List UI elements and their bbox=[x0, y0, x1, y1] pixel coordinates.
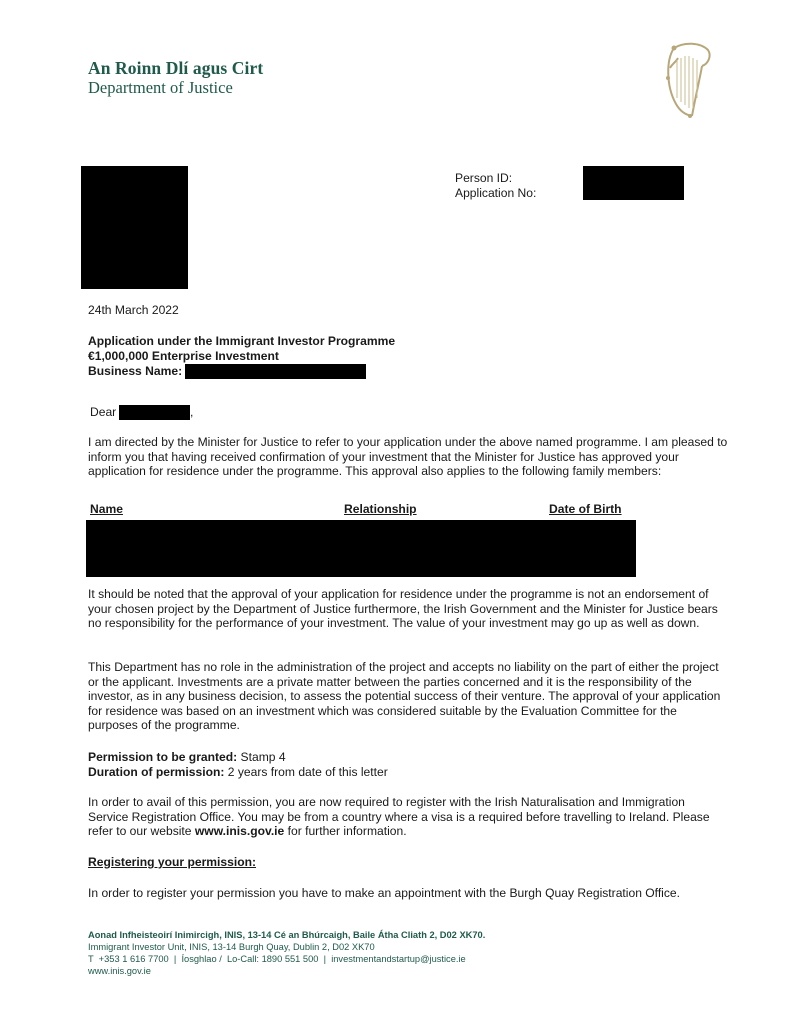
department-english-name: Department of Justice bbox=[88, 78, 233, 98]
disclaimer-paragraph: It should be noted that the approval of … bbox=[88, 587, 728, 631]
registration-paragraph: In order to avail of this permission, yo… bbox=[88, 795, 728, 839]
permission-granted-label: Permission to be granted: bbox=[88, 750, 237, 764]
harp-emblem-icon bbox=[660, 38, 716, 120]
table-header-date-of-birth: Date of Birth bbox=[549, 502, 622, 517]
footer-irish-address: Aonad Infheisteoirí Inimircigh, INIS, 13… bbox=[88, 930, 485, 940]
liability-paragraph: This Department has no role in the admin… bbox=[88, 660, 728, 733]
letter-date: 24th March 2022 bbox=[88, 303, 179, 318]
subject-line-1: Application under the Immigrant Investor… bbox=[88, 334, 395, 349]
registration-text-end: for further information. bbox=[284, 824, 406, 838]
permission-granted-value: Stamp 4 bbox=[237, 750, 285, 764]
salutation-suffix: , bbox=[190, 405, 193, 420]
permission-duration-line: Duration of permission: 2 years from dat… bbox=[88, 765, 388, 780]
salutation-prefix: Dear bbox=[90, 405, 116, 420]
appointment-paragraph: In order to register your permission you… bbox=[88, 886, 738, 901]
permission-duration-value: 2 years from date of this letter bbox=[224, 765, 387, 779]
footer-website[interactable]: www.inis.gov.ie bbox=[88, 966, 151, 976]
application-no-label: Application No: bbox=[455, 186, 536, 201]
department-irish-name: An Roinn Dlí agus Cirt bbox=[88, 58, 263, 79]
table-header-relationship: Relationship bbox=[344, 502, 417, 517]
footer-contact: T +353 1 616 7700 | Íosghlao / Lo-Call: … bbox=[88, 954, 466, 964]
footer-english-address: Immigrant Investor Unit, INIS, 13-14 Bur… bbox=[88, 942, 375, 952]
business-name-label: Business Name: bbox=[88, 364, 182, 379]
recipient-address-redacted bbox=[81, 166, 188, 289]
table-header-name: Name bbox=[90, 502, 123, 517]
permission-granted-line: Permission to be granted: Stamp 4 bbox=[88, 750, 286, 765]
recipient-name-redacted bbox=[119, 405, 190, 420]
registering-heading: Registering your permission: bbox=[88, 855, 256, 870]
inis-website-link[interactable]: www.inis.gov.ie bbox=[195, 824, 284, 838]
reference-values-redacted bbox=[583, 166, 684, 200]
subject-line-2: €1,000,000 Enterprise Investment bbox=[88, 349, 279, 364]
family-members-redacted bbox=[86, 520, 636, 577]
person-id-label: Person ID: bbox=[455, 171, 512, 186]
business-name-redacted bbox=[185, 364, 366, 379]
approval-paragraph: I am directed by the Minister for Justic… bbox=[88, 435, 728, 479]
permission-duration-label: Duration of permission: bbox=[88, 765, 224, 779]
